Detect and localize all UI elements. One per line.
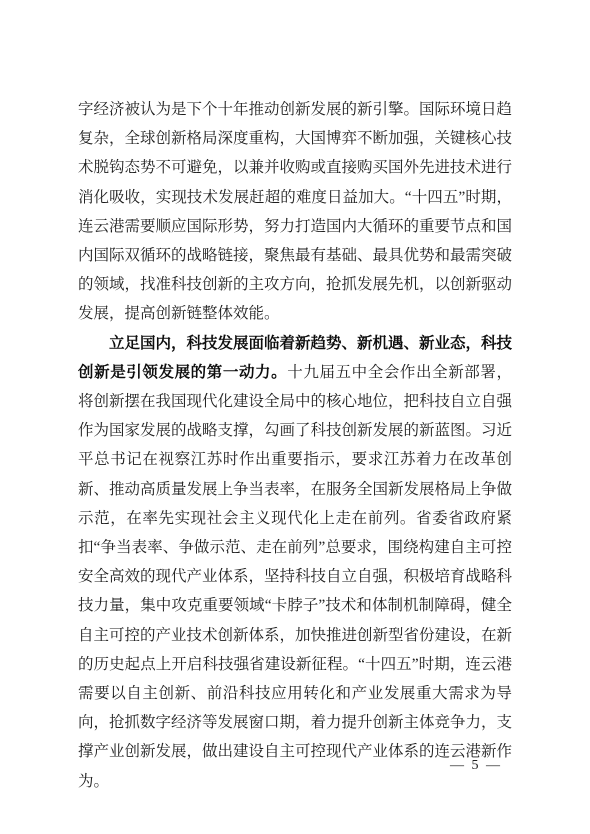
- paragraph-second: 立足国内，科技发展面临着新趋势、新机遇、新业态，科技创新是引领发展的第一动力。十…: [78, 329, 512, 796]
- paragraph-second-body: 十九届五中全会作出全新部署，将创新摆在我国现代化建设全局中的核心地位，把科技自立…: [78, 364, 512, 790]
- paragraph-continued: 字经济被认为是下个十年推动创新发展的新引擎。国际环境日趋复杂，全球创新格局深度重…: [78, 95, 512, 329]
- document-body: 字经济被认为是下个十年推动创新发展的新引擎。国际环境日趋复杂，全球创新格局深度重…: [78, 95, 512, 796]
- document-page: 字经济被认为是下个十年推动创新发展的新引擎。国际环境日趋复杂，全球创新格局深度重…: [0, 0, 590, 834]
- paragraph-continued-text: 字经济被认为是下个十年推动创新发展的新引擎。国际环境日趋复杂，全球创新格局深度重…: [78, 101, 512, 322]
- page-number: — 5 —: [450, 758, 502, 774]
